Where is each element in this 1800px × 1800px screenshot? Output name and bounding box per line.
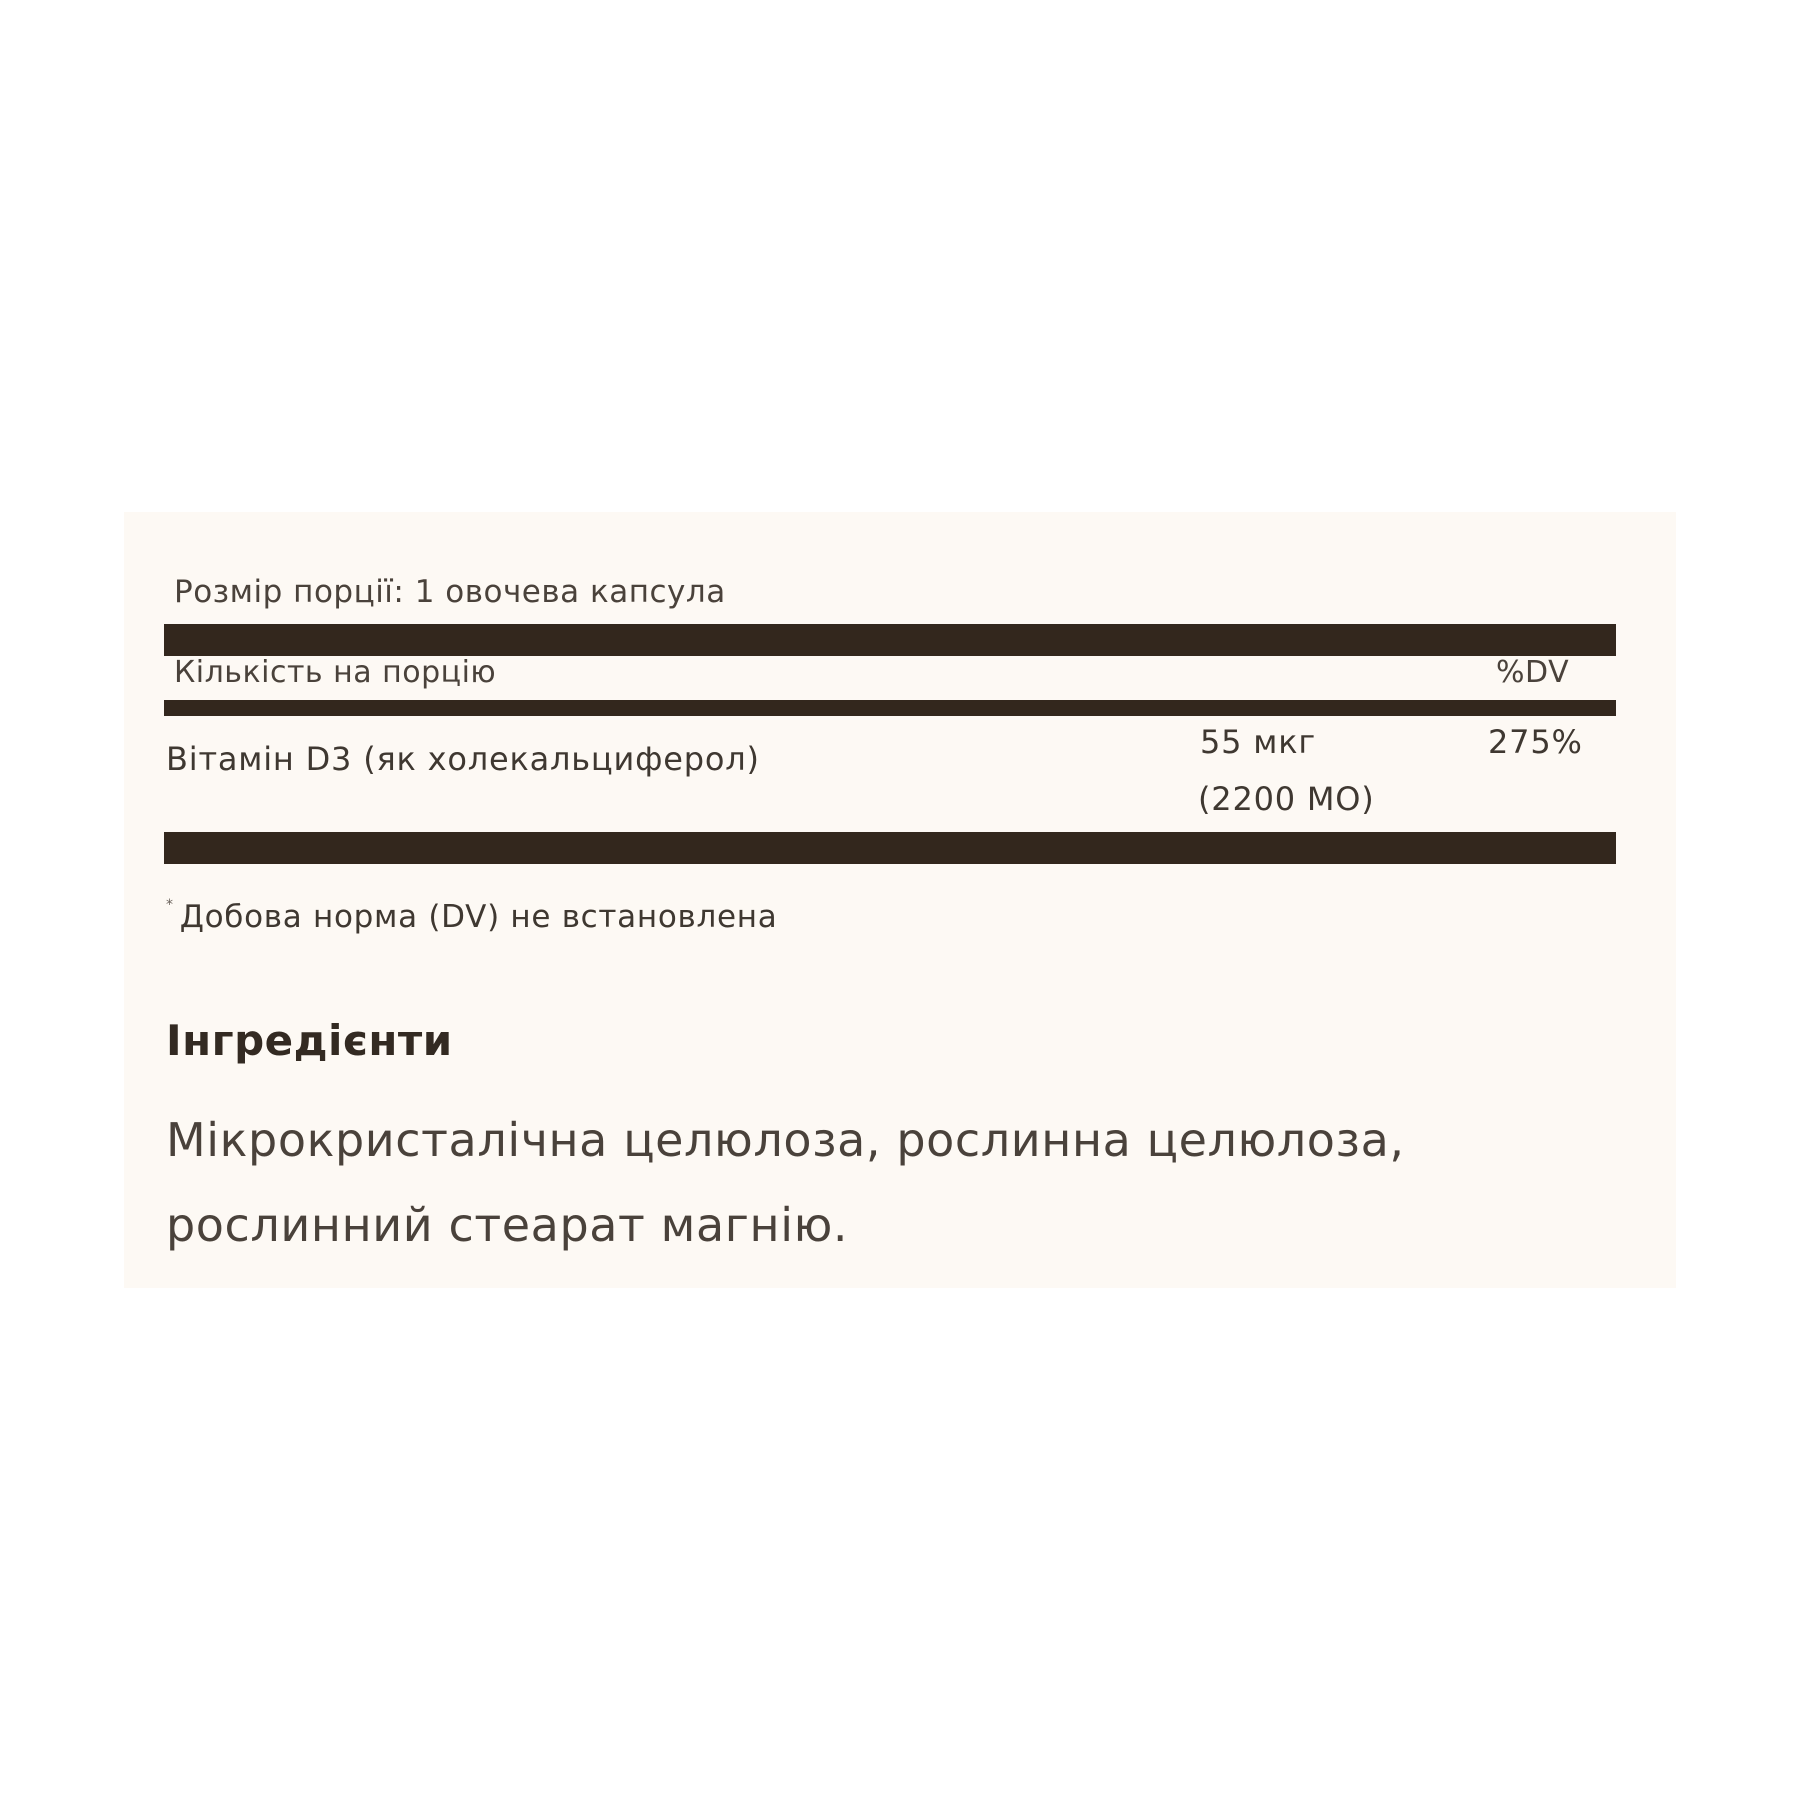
footnote-text: Добова норма (DV) не встановлена (180, 899, 778, 935)
divider-thick-top (164, 624, 1616, 656)
footnote-marker: * (166, 897, 174, 913)
nutrient-amount-iu: (2200 МО) (1198, 780, 1375, 818)
divider-medium (164, 700, 1616, 716)
amount-per-serving-header: Кількість на порцію (174, 655, 496, 690)
nutrient-amount: 55 мкг (1200, 723, 1316, 761)
nutrient-name: Вітамін D3 (як холекальциферол) (166, 740, 760, 778)
nutrient-dv: 275% (1488, 723, 1583, 761)
ingredients-text: Мікрокристалічна целюлоза, рослинна целю… (166, 1098, 1646, 1268)
dv-header: %DV (1496, 655, 1569, 690)
ingredients-title: Інгредієнти (166, 1016, 453, 1065)
dv-footnote: *Добова норма (DV) не встановлена (166, 897, 777, 935)
divider-thick-bottom (164, 832, 1616, 864)
serving-size: Розмір порції: 1 овочева капсула (174, 574, 726, 610)
